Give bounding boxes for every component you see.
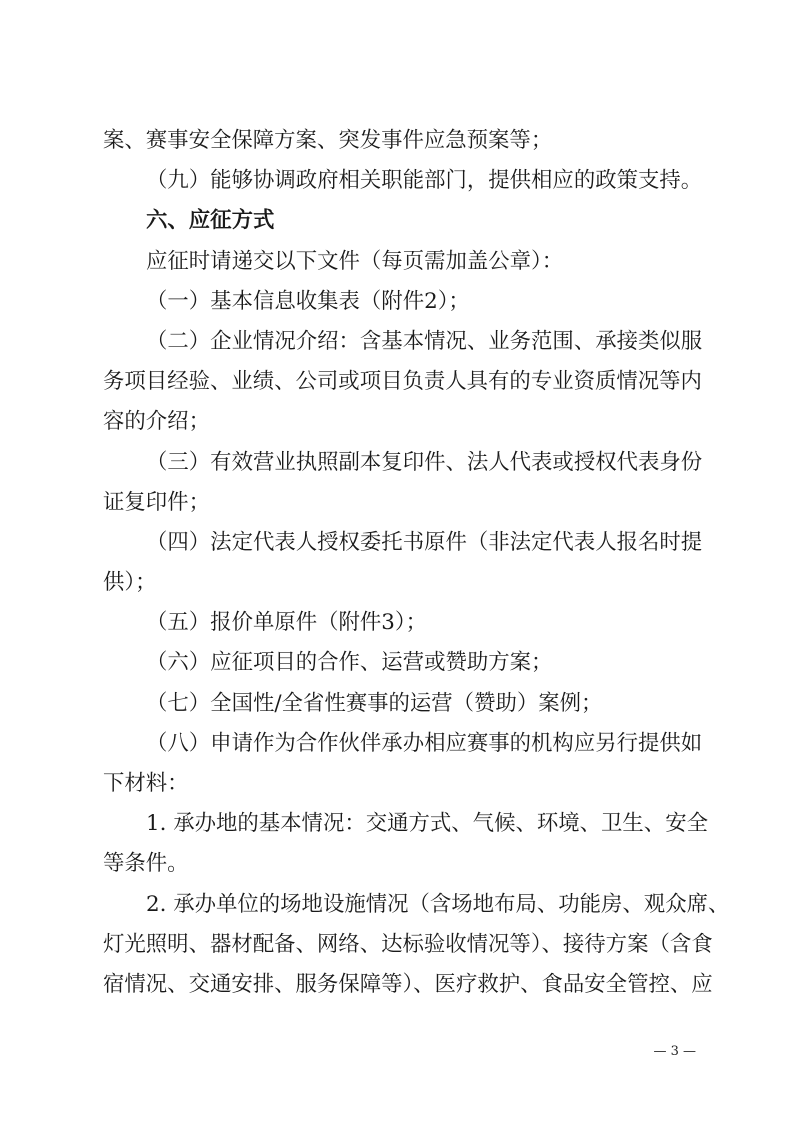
sub-list-item: 2. 承办单位的场地设施情况（含场地布局、功能房、观众席、 [103,885,703,925]
page-number-label: — 3 — [653,1044,696,1059]
list-item: （八）申请作为合作伙伴承办相应赛事的机构应另行提供如 [103,724,703,764]
text-line: 容的介绍； [103,402,703,442]
text-line: 宿情况、交通安排、服务保障等）、医疗救护、食品安全管控、应 [103,965,703,1005]
page-number: — 3 — [0,1044,800,1059]
text-line: 案、赛事安全保障方案、突发事件应急预案等； [103,121,703,161]
text-line: （九）能够协调政府相关职能部门，提供相应的政策支持。 [103,161,703,201]
list-item: （七）全国性/全省性赛事的运营（赞助）案例； [103,684,703,724]
list-item: （二）企业情况介绍：含基本情况、业务范围、承接类似服 [103,322,703,362]
list-item: （一）基本信息收集表（附件2）； [103,282,703,322]
sub-list-item: 1. 承办地的基本情况：交通方式、气候、环境、卫生、安全 [103,804,703,844]
list-item: （三）有效营业执照副本复印件、法人代表或授权代表身份 [103,443,703,483]
text-line: 等条件。 [103,844,703,884]
list-item: （五）报价单原件（附件3）； [103,603,703,643]
document-page-body: 案、赛事安全保障方案、突发事件应急预案等； （九）能够协调政府相关职能部门，提供… [103,121,703,1005]
text-line: 应征时请递交以下文件（每页需加盖公章）： [103,242,703,282]
section-heading: 六、应征方式 [103,201,703,241]
text-line: 灯光照明、器材配备、网络、达标验收情况等）、接待方案（含食 [103,925,703,965]
list-item: （四）法定代表人授权委托书原件（非法定代表人报名时提 [103,523,703,563]
text-line: 证复印件； [103,483,703,523]
text-line: 务项目经验、业绩、公司或项目负责人具有的专业资质情况等内 [103,362,703,402]
text-line: 下材料： [103,764,703,804]
text-line: 供）； [103,563,703,603]
list-item: （六）应征项目的合作、运营或赞助方案； [103,643,703,683]
